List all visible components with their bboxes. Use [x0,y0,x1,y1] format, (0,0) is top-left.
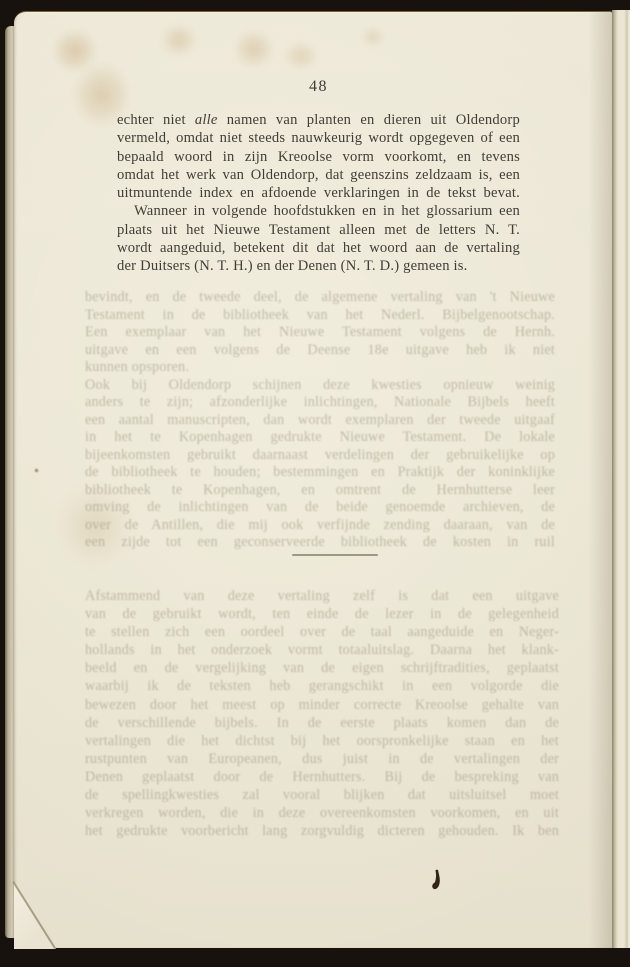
body-text: echter niet alle namen van planten en di… [117,111,520,276]
ghost-text-line: anders te zijn; afzonderlijke inlichting… [85,394,555,412]
text-line-segment-italic: alle [195,112,218,128]
ghost-text-line: rustpunten van Europeanen, dus juist in … [85,750,559,768]
ghost-text-line: bijeenkomsten gebruikt daarnaast verdeli… [85,447,555,465]
text-line: der Duitsers (N. T. H.) en der Denen (N.… [117,257,520,275]
ghost-text-line: van de gebruikt wordt, ten einde de leze… [85,605,559,623]
adjacent-page-edge [612,10,630,948]
ghost-text-line: omving de inlichtingen van de beide geno… [85,499,555,517]
ghost-text-line: bewezen door het meest op minder correct… [85,696,559,714]
text-line: uitmuntende index en afdoende verklaring… [117,184,520,202]
text-line-segment: echter niet [117,112,195,128]
foxing-stain [360,26,386,48]
ghost-text-line: een zijde tot een geconserveerde bibliot… [85,534,555,552]
text-line: bepaald woord in zijn Kreoolse vorm voor… [117,148,520,166]
ghost-text-line: Denen geplaatst door de Hernhutters. Bij… [85,768,559,786]
ghost-text-line: hollands in het onderzoek vormt totaalui… [85,641,559,659]
ghost-text-line: te stellen zich een oordeel over de taal… [85,623,559,641]
book-page: 48 echter niet alle namen van planten en… [14,11,612,948]
ink-speck [34,468,39,473]
ghost-text-line: Testament in de bibliotheek van het Nede… [85,307,555,325]
bleedthrough-text-upper: bevindt, en de tweede deel, de algemene … [85,289,555,552]
text-line: Wanneer in volgende hoofdstukken en in h… [117,202,520,220]
ghost-text-line: de verschillende bijbels. In de eerste p… [85,714,559,732]
bleedthrough-text-lower: Afstammend van deze vertaling zelf is da… [85,587,559,840]
ghost-text-line: een aantal manuscripten, dan wordt exemp… [85,412,555,430]
ghost-text-line: beeld en de vergelijking van de eigen sc… [85,659,559,677]
ghost-text-line: waarbij ik de teksten heb gerangschikt i… [85,677,559,695]
ghost-text-line: de spellingkwesties zal vooral blijken d… [85,786,559,804]
ghost-text-line: de bibliotheek te houden; bestemmingen e… [85,464,555,482]
ghost-text-line: vertalingen die het dichtst bij het oors… [85,732,559,750]
page-number: 48 [117,78,520,96]
ghost-text-line: verkregen worden, die in deze overeenkom… [85,804,559,822]
section-divider-rule [292,554,378,556]
ghost-text-line: Afstammend van deze vertaling zelf is da… [85,587,559,605]
ghost-text-line: Ook bij Oldendorp schijnen deze kwesties… [85,377,555,395]
ghost-text-line: bevindt, en de tweede deel, de algemene … [85,289,555,307]
ink-blot [430,869,443,893]
text-line: vermeld, omdat niet steeds nauwkeurig wo… [117,129,520,147]
scan-background: 48 echter niet alle namen van planten en… [0,0,630,967]
foxing-stain [233,29,275,69]
ghost-text-line: over de Antillen, die mij ook verfijnde … [85,517,555,535]
ghost-text-line: het gedrukte voorbericht lang zorgvuldig… [85,822,559,840]
text-line: echter niet alle namen van planten en di… [117,111,520,129]
ghost-text-line: uitgave en een volgens de Deense 18e uit… [85,342,555,360]
ghost-text-line: Een exemplaar van het Nieuwe Testament v… [85,324,555,342]
ghost-text-line: bibliotheek te Kopenhagen, en omtrent de… [85,482,555,500]
ghost-text-line: kunnen opsporen. [85,359,555,377]
ghost-text-line: in het te Kopenhagen gedrukte Nieuwe Tes… [85,429,555,447]
foxing-stain [160,23,198,57]
foxing-stain [283,41,319,71]
text-line: wordt aangeduid, betekent dit dat het wo… [117,239,520,257]
text-line-segment: namen van planten en dieren uit Oldendor… [218,112,520,128]
text-line: plaats uit het Nieuwe Testament alleen m… [117,221,520,239]
text-line: omdat het werk van Oldendorp, dat geensz… [117,166,520,184]
